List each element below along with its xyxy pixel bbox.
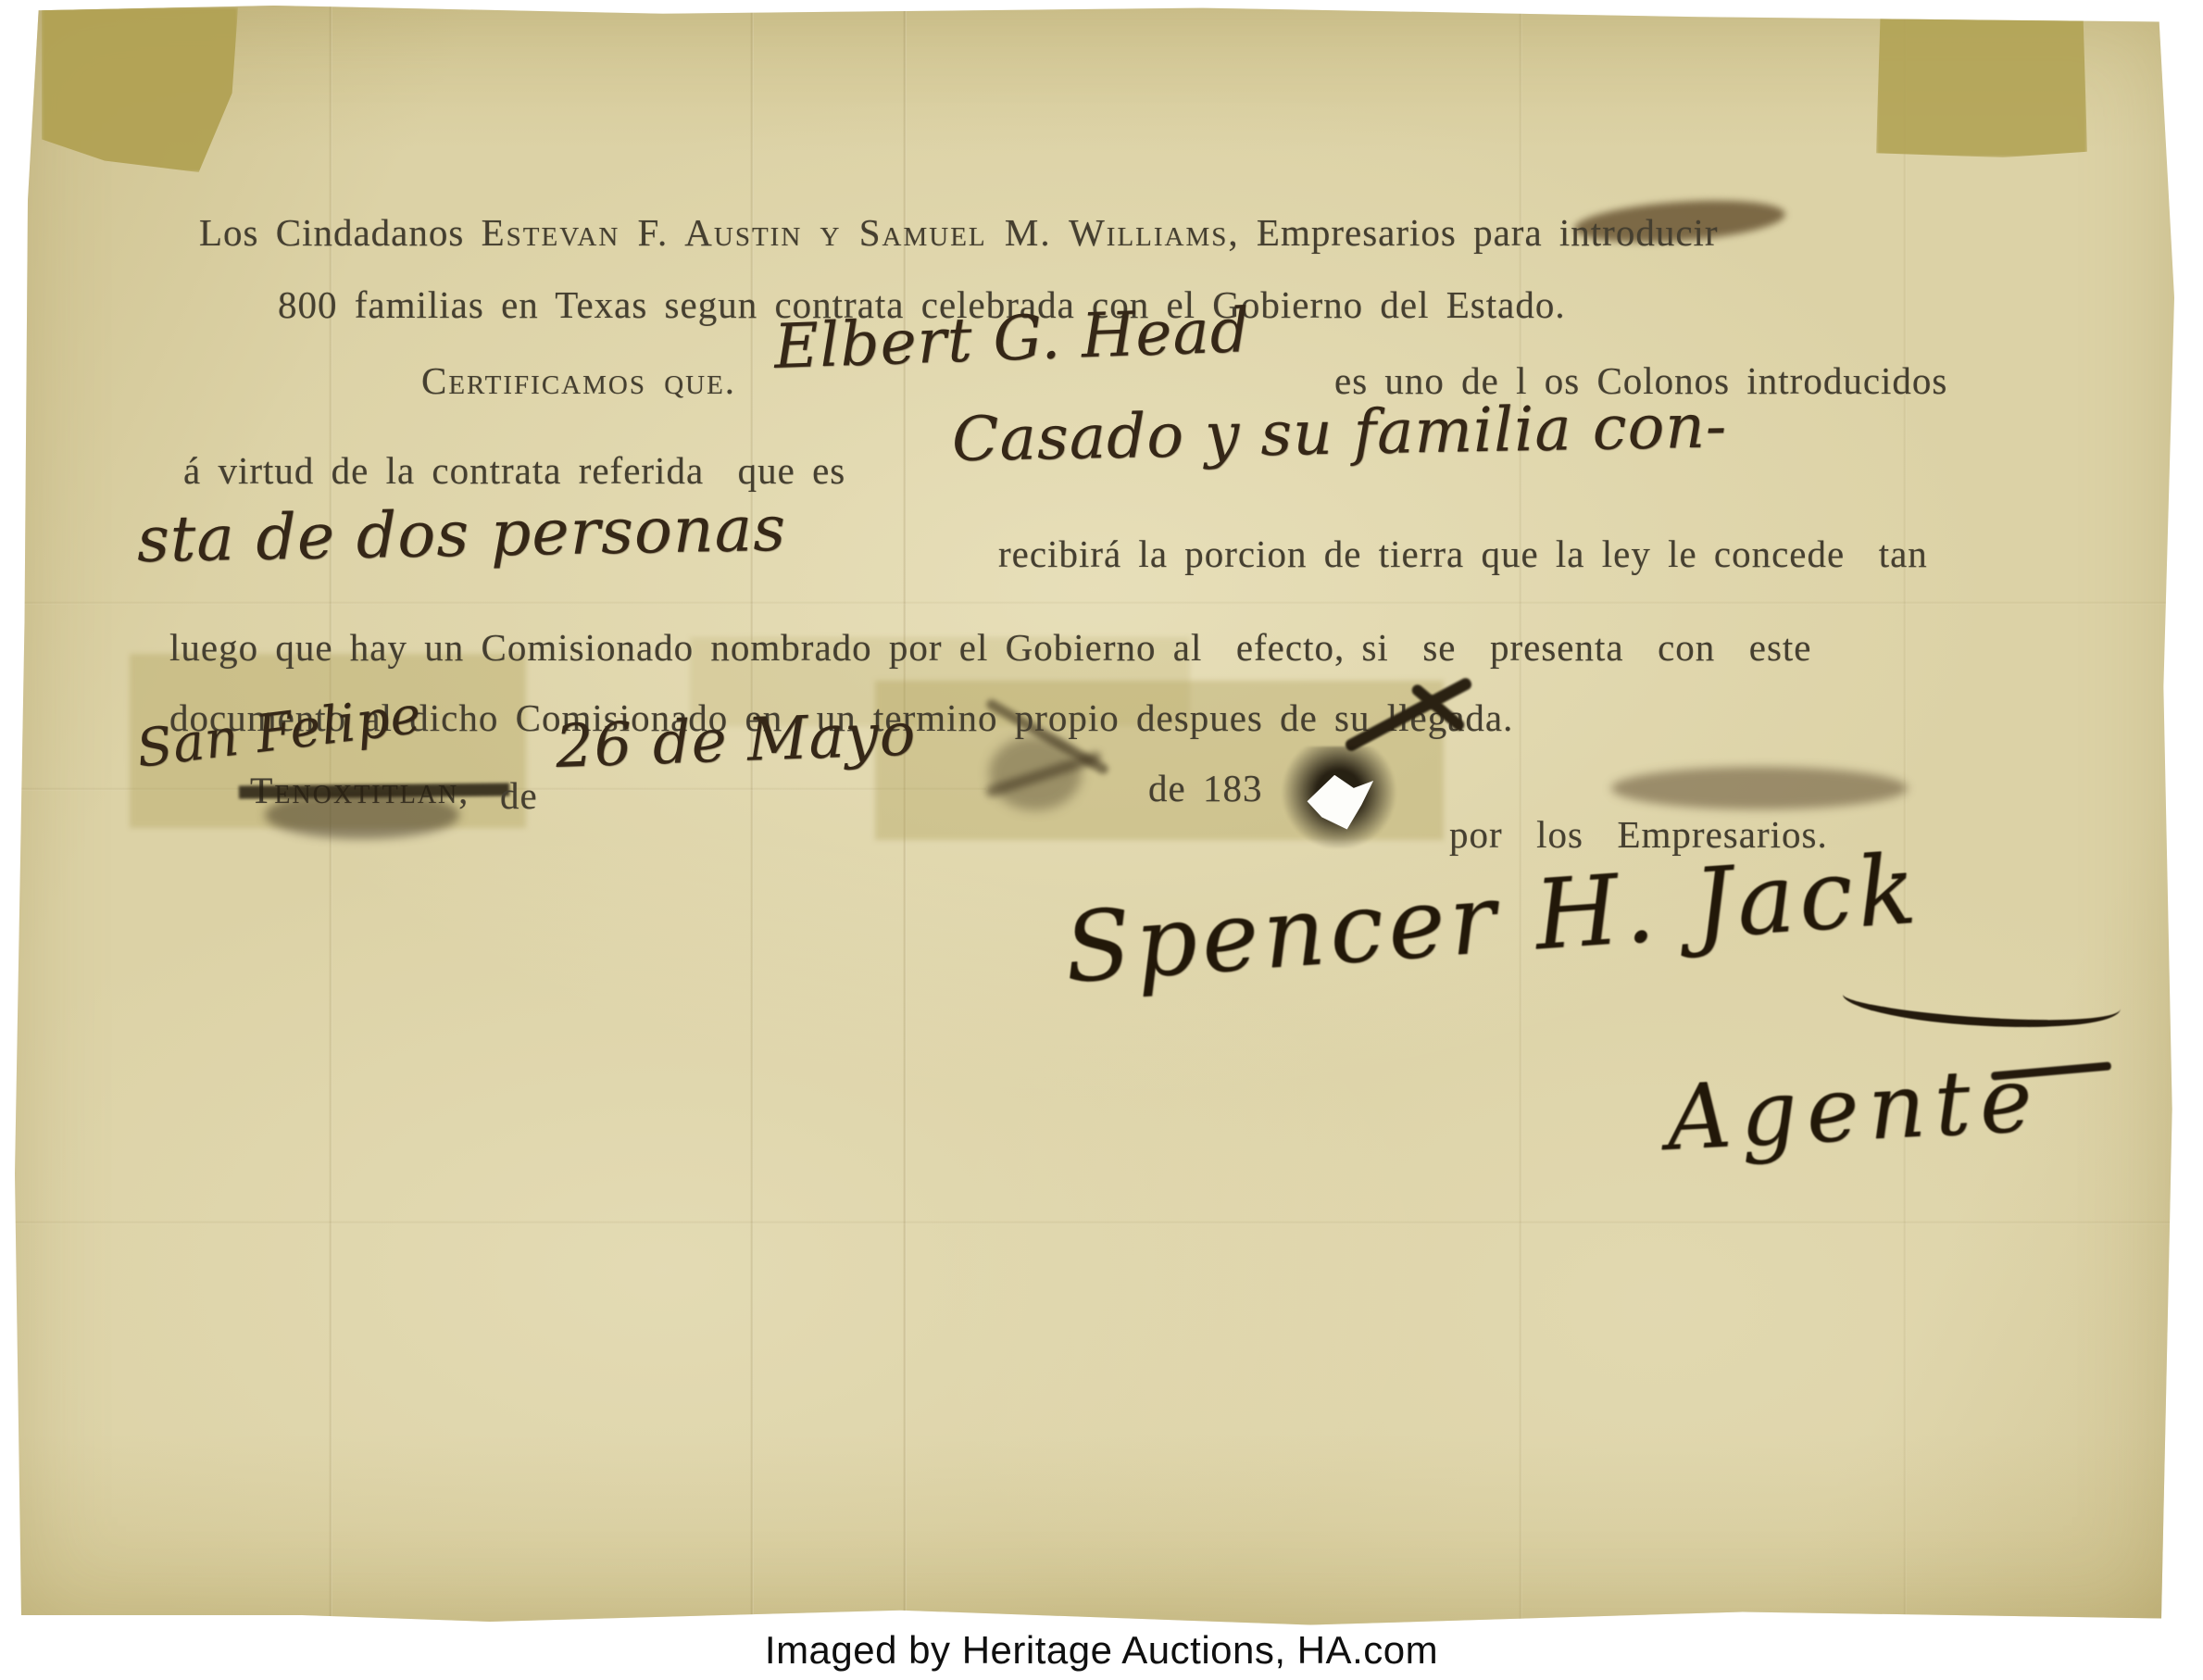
body-line-2: recibirá la porcion de tierra que la ley… (998, 534, 1928, 574)
body-line-3: luego que hay un Comisionado nombrado po… (169, 628, 1812, 668)
empresario-names: Estevan F. Austin y Samuel M. Williams, (482, 211, 1240, 254)
signature: Spencer H. Jack (1061, 841, 1923, 997)
heritage-caption: Imaged by Heritage Auctions, HA.com (0, 1628, 2203, 1673)
intro-post: Empresarios para introducir (1257, 211, 1719, 254)
signature-flourish (1841, 965, 2122, 1038)
signer-title: Agente (1664, 1055, 2043, 1163)
strikethrough-blob (265, 791, 459, 839)
fold-crease-vertical (1903, 6, 1907, 1628)
date-handwritten: 26 de Mayo (555, 705, 917, 777)
date-de: de (500, 776, 538, 816)
fold-crease-horizontal (15, 1221, 2174, 1224)
certify-label: Certificamos que. (421, 361, 736, 401)
ink-smudge-right (1611, 767, 1908, 809)
date-year-printed: de 183 (1148, 769, 1262, 809)
document-paper: Los Cindadanos Estevan F. Austin y Samue… (15, 6, 2174, 1628)
intro-line-1: Los Cindadanos Estevan F. Austin y Samue… (199, 213, 1719, 253)
intro-pre: Los Cindadanos (199, 211, 464, 254)
family-count-handwritten: sta de dos personas (136, 498, 786, 572)
tape-stain-top-left (42, 7, 238, 172)
colonist-name-handwritten: Elbert G. Head (773, 300, 1251, 378)
family-status-handwritten: Casado y su familia con- (951, 395, 1727, 470)
tape-stain-top-right (1876, 13, 2087, 157)
body-line-1: á virtud de la contrata referida que es (183, 451, 845, 491)
fold-crease-horizontal (15, 601, 2174, 605)
